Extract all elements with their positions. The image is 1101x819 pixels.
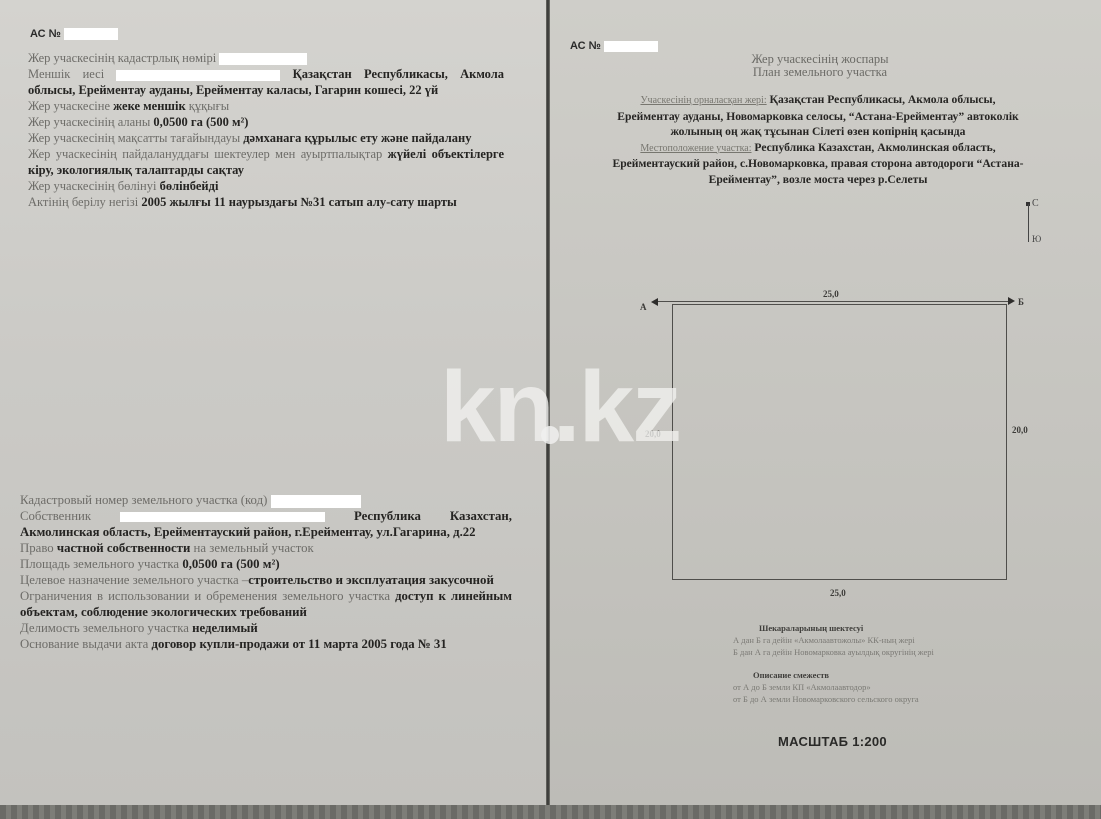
watermark-logo: kn.kz	[440, 362, 680, 452]
arrowhead-left-icon	[651, 298, 658, 306]
ru-row-cadastral: Кадастровый номер земельного участка (ко…	[20, 492, 512, 508]
ru-row-purpose: Целевое назначение земельного участка –с…	[20, 572, 512, 588]
location-kz-label: Учаскесінің орналасқан жері:	[640, 95, 766, 106]
scale-label: МАСШТАБ 1:200	[778, 734, 887, 749]
redacted-box	[120, 512, 325, 522]
kz-row-purpose: Жер учаскесінің мақсатты тағайындауы дәм…	[28, 130, 504, 146]
kz-row-divisibility: Жер учаскесінің бөлінуі бөлінбейді	[28, 178, 504, 194]
watermark-home-icon	[541, 426, 559, 444]
redacted-box	[64, 28, 118, 40]
kz-row-cadastral: Жер учаскесінің кадастрлық нөмірі	[28, 50, 504, 66]
redacted-box	[271, 495, 361, 508]
ru-row-restrictions: Ограничения в использовании и обременени…	[20, 588, 512, 620]
point-b-label: Б	[1018, 297, 1024, 307]
dimension-bottom: 25,0	[830, 588, 846, 598]
redacted-box	[116, 70, 280, 81]
adjacent-legend: Описание смежеств от А до Б земли КП «Ак…	[733, 669, 919, 705]
kz-row-restrictions: Жер учаскесінің пайдалануддағы шектеулер…	[28, 146, 504, 178]
redacted-box	[604, 41, 658, 52]
point-a-label: А	[640, 302, 647, 312]
act-number: АС №	[30, 28, 118, 40]
boundaries-legend: Шекараларының шектесуі А дан Б га дейін …	[733, 622, 934, 658]
south-label: Ю	[1032, 234, 1041, 244]
background-surface	[0, 805, 1101, 819]
arrowhead-right-icon	[1008, 297, 1015, 305]
location-ru-label: Местоположение участка:	[640, 143, 751, 154]
act-number-label: АС №	[30, 28, 61, 40]
ab-arrow-line	[656, 301, 1008, 302]
ru-row-owner: Собственник Республика Казахстан, Акмоли…	[20, 508, 512, 540]
land-plot-rectangle	[672, 304, 1007, 580]
ru-row-area: Площадь земельного участка 0,0500 га (50…	[20, 556, 512, 572]
redacted-box	[219, 53, 307, 65]
location-description: Учаскесінің орналасқан жері: Қазақстан Р…	[612, 92, 1024, 187]
north-label: С	[1032, 198, 1039, 209]
act-number-label: АС №	[570, 40, 601, 52]
plan-title-ru: План земельного участка	[690, 65, 950, 80]
russian-section: Кадастровый номер земельного участка (ко…	[20, 492, 512, 652]
kz-row-owner: Меншік иесі Қазақстан Республикасы, Акмо…	[28, 66, 504, 98]
kazakh-section: Жер учаскесінің кадастрлық нөмірі Меншік…	[28, 50, 504, 210]
ru-row-right: Право частной собственности на земельный…	[20, 540, 512, 556]
act-number-right: АС №	[570, 40, 658, 52]
kz-row-right: Жер учаскесіне жеке меншік құқығы	[28, 98, 504, 114]
kz-row-basis: Актінің берілу негізі 2005 жылғы 11 наур…	[28, 194, 504, 210]
ru-row-basis: Основание выдачи акта договор купли-прод…	[20, 636, 512, 652]
dimension-top: 25,0	[823, 289, 839, 299]
dimension-right: 20,0	[1012, 425, 1028, 435]
ru-row-divisibility: Делимость земельного участка неделимый	[20, 620, 512, 636]
kz-row-area: Жер учаскесінің аланы 0,0500 га (500 м²)	[28, 114, 504, 130]
